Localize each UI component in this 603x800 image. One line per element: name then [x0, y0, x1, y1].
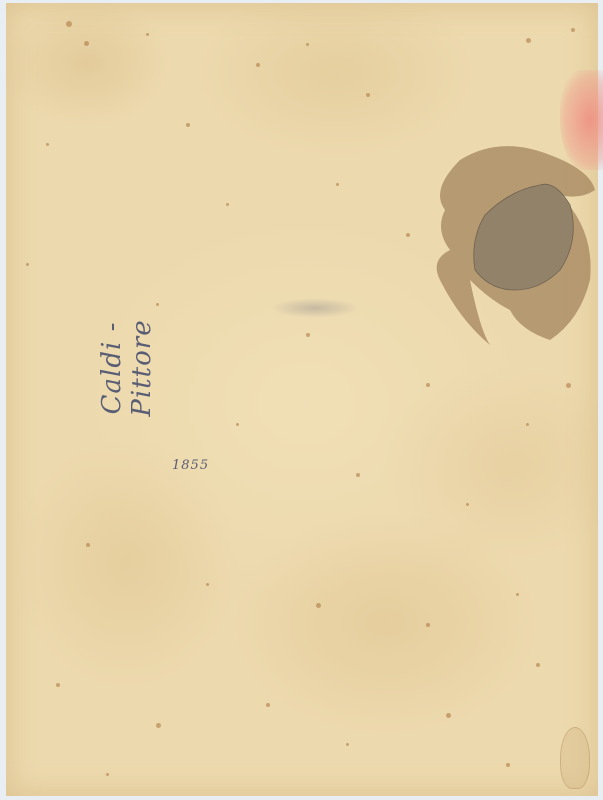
foxing-spot [236, 423, 239, 426]
foxing-spot [186, 123, 190, 127]
foxing-spot [366, 93, 370, 97]
pencil-smudge [270, 298, 360, 318]
foxing-spot [306, 333, 310, 337]
aged-paper [6, 3, 598, 796]
foxing-spot [156, 723, 161, 728]
foxing-spot [66, 21, 72, 27]
foxing-spot [336, 183, 339, 186]
foxing-spot [466, 503, 469, 506]
foxing-spot [26, 263, 29, 266]
brown-wash-stain [430, 130, 600, 350]
foxing-spot [446, 713, 451, 718]
foxing-spot [506, 763, 510, 767]
foxing-spot [406, 233, 410, 237]
foxing-spot [516, 593, 519, 596]
foxing-spot [86, 543, 90, 547]
foxing-spot [536, 663, 540, 667]
foxing-spot [84, 41, 89, 46]
foxing-spot [526, 423, 529, 426]
foxing-spot [316, 603, 321, 608]
foxing-spot [566, 383, 571, 388]
foxing-spot [206, 583, 209, 586]
ring-stain [560, 727, 590, 789]
foxing-spot [156, 303, 159, 306]
foxing-spot [56, 683, 60, 687]
year-inscription: 1855 [172, 458, 209, 473]
foxing-spot [356, 473, 360, 477]
foxing-spot [306, 43, 309, 46]
foxing-spot [146, 33, 149, 36]
foxing-spot [106, 773, 109, 776]
name-inscription: Caldi - Pittore [97, 273, 133, 463]
foxing-spot [266, 703, 270, 707]
foxing-spot [426, 623, 430, 627]
foxing-spot [571, 28, 575, 32]
foxing-spot [426, 383, 430, 387]
foxing-spot [346, 743, 349, 746]
foxing-spot [526, 38, 531, 43]
foxing-spot [226, 203, 229, 206]
foxing-spot [256, 63, 260, 67]
foxing-spot [46, 143, 49, 146]
